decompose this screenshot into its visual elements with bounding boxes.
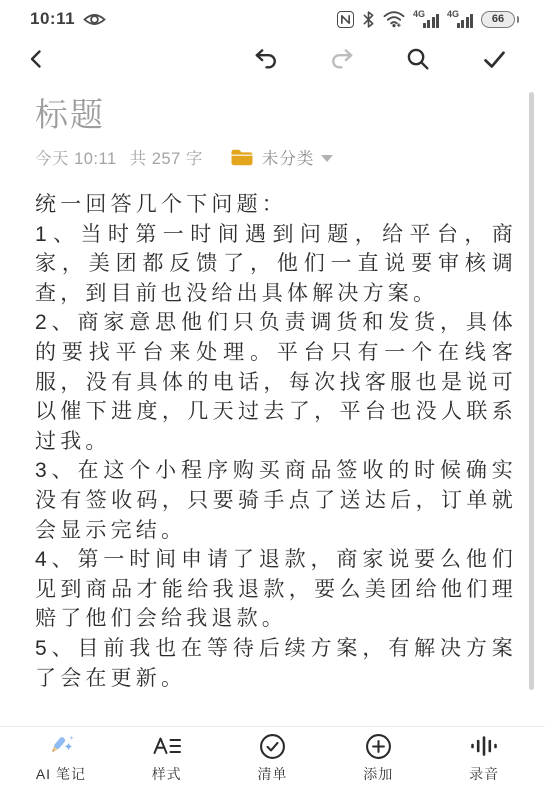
nfc-icon [337,11,354,28]
note-date: 今天 10:11 [35,145,117,169]
redo-button[interactable] [327,44,357,74]
voice-record-icon [469,732,499,760]
checklist-label: 清单 [257,764,287,784]
note-paragraph[interactable]: 3、在这个小程序购买商品签收的时候确实没有签收码，只要骑手点了送达后，订单就会显… [35,456,517,545]
add-icon [365,732,392,760]
check-icon [481,46,508,73]
back-icon [25,47,49,71]
category-selector[interactable]: 未分类 [230,145,334,169]
checklist-icon [259,732,286,760]
bottom-toolbar: AI 笔记 样式 清单 [0,726,545,791]
search-button[interactable] [403,44,433,74]
category-label: 未分类 [262,145,315,169]
add-button[interactable]: 添加 [335,732,421,784]
status-bar: 10:11 [0,0,545,34]
ai-notes-label: AI 笔记 [36,764,86,784]
folder-icon [230,148,254,167]
editor-toolbar [0,34,545,84]
battery-indicator: 66 [481,11,519,28]
status-icons-group: 4G 4G 66 [337,10,519,29]
undo-icon [253,46,279,72]
note-title-input[interactable]: 标题 [35,96,517,134]
text-style-icon [152,732,182,760]
battery-percent: 66 [492,13,504,25]
note-word-count: 共 257 字 [130,145,203,169]
note-editor-screen: 10:11 [0,0,545,791]
checklist-button[interactable]: 清单 [229,732,315,784]
note-paragraph[interactable]: 4、第一时间申请了退款，商家说要么他们见到商品才能给我退款，要么美团给他们理赔了… [35,545,517,634]
voice-record-button[interactable]: 录音 [441,732,527,784]
scrollbar-thumb[interactable] [529,92,534,690]
note-header: 标题 今天 10:11 共 257 字 未分类 [0,84,545,169]
note-body-editor[interactable]: 统一回答几个下问题： 1、当时第一时间遇到问题，给平台，商家，美团都反馈了，他们… [0,169,545,693]
signal-sim1-icon: 4G [413,10,439,29]
undo-button[interactable] [251,44,281,74]
signal-sim2-icon: 4G [447,10,473,29]
wifi-icon [383,10,405,29]
note-paragraph[interactable]: 2、商家意思他们只负责调货和发货，具体的要找平台来处理。平台只有一个在线客服，没… [35,308,517,456]
note-paragraph[interactable]: 5、目前我也在等待后续方案，有解决方案了会在更新。 [35,634,517,693]
add-label: 添加 [363,764,393,784]
back-button[interactable] [22,44,52,74]
eye-comfort-icon [83,11,106,28]
ai-notes-button[interactable]: AI 笔记 [18,732,104,784]
voice-record-label: 录音 [469,764,499,784]
chevron-down-icon [321,155,333,162]
note-meta-row: 今天 10:11 共 257 字 未分类 [35,145,517,169]
toolbar-actions-group [251,44,509,74]
note-paragraph[interactable]: 统一回答几个下问题： [35,190,517,220]
bluetooth-icon [362,10,375,29]
status-time: 10:11 [30,9,75,29]
search-icon [405,46,431,72]
redo-icon [329,46,355,72]
style-label: 样式 [152,764,182,784]
note-paragraph[interactable]: 1、当时第一时间遇到问题，给平台，商家，美团都反馈了，他们一直说要审核调查，到目… [35,220,517,309]
style-button[interactable]: 样式 [124,732,210,784]
ai-pen-icon [44,732,78,760]
confirm-button[interactable] [479,44,509,74]
